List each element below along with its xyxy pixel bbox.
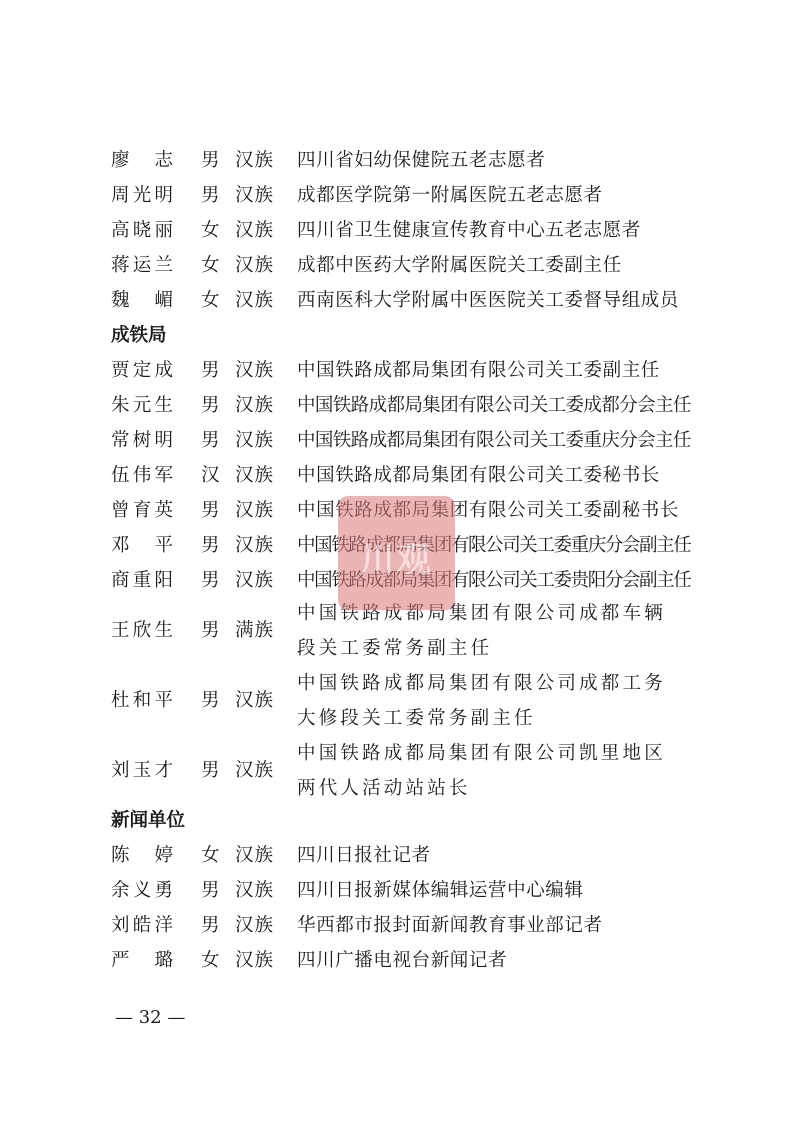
person-name: 伍伟军 [111, 458, 173, 493]
person-name: 刘玉才 [111, 753, 173, 788]
person-name: 商重阳 [111, 563, 173, 598]
gender: 男 [201, 353, 223, 388]
section-heading: 成铁局 [111, 318, 167, 353]
position-title: 中国铁路成都局集团有限公司关工委重庆分会主任 [297, 423, 687, 458]
position-title: 中国铁路成都局集团有限公司成都工务大修段关工委常务副主任 [297, 666, 687, 736]
ethnicity: 汉族 [235, 683, 285, 718]
ethnicity: 汉族 [235, 838, 285, 873]
position-title: 四川日报新媒体编辑运营中心编辑 [297, 873, 687, 908]
ethnicity: 汉族 [235, 143, 285, 178]
gender: 女 [201, 838, 223, 873]
ethnicity: 汉族 [235, 873, 285, 908]
ethnicity: 汉族 [235, 178, 285, 213]
position-title: 四川广播电视台新闻记者 [297, 943, 687, 978]
gender: 男 [201, 753, 223, 788]
person-name: 高晓丽 [111, 213, 173, 248]
person-name: 常树明 [111, 423, 173, 458]
gender: 男 [201, 683, 223, 718]
person-name: 朱元生 [111, 388, 173, 423]
section-heading: 新闻单位 [111, 803, 185, 838]
gender: 男 [201, 423, 223, 458]
person-name: 邓平 [111, 528, 173, 563]
gender: 女 [201, 248, 223, 283]
position-title: 成都医学院第一附属医院五老志愿者 [297, 178, 687, 213]
gender: 男 [201, 528, 223, 563]
position-title: 中国铁路成都局集团有限公司关工委副主任 [297, 353, 687, 388]
ethnicity: 汉族 [235, 493, 285, 528]
position-title: 成都中医药大学附属医院关工委副主任 [297, 248, 687, 283]
gender: 女 [201, 213, 223, 248]
position-title: 中国铁路成都局集团有限公司关工委成都分会主任 [297, 388, 687, 423]
position-title: 华西都市报封面新闻教育事业部记者 [297, 908, 687, 943]
position-title: 四川省卫生健康宣传教育中心五老志愿者 [297, 213, 687, 248]
ethnicity: 汉族 [235, 213, 285, 248]
person-name: 王欣生 [111, 613, 173, 648]
person-name: 刘皓洋 [111, 908, 173, 943]
gender: 女 [201, 283, 223, 318]
position-title: 中国铁路成都局集团有限公司凯里地区两代人活动站站长 [297, 736, 687, 806]
position-title: 中国铁路成都局集团有限公司关工委秘书长 [297, 458, 687, 493]
person-name: 严璐 [111, 943, 173, 978]
gender: 男 [201, 613, 223, 648]
ethnicity: 汉族 [235, 353, 285, 388]
gender: 男 [201, 178, 223, 213]
ethnicity: 汉族 [235, 528, 285, 563]
ethnicity: 汉族 [235, 388, 285, 423]
ethnicity: 汉族 [235, 283, 285, 318]
gender: 男 [201, 873, 223, 908]
person-name: 魏嵋 [111, 283, 173, 318]
ethnicity: 汉族 [235, 943, 285, 978]
person-name: 廖志 [111, 143, 173, 178]
ethnicity: 满族 [235, 613, 285, 648]
watermark-text: 川观 [338, 532, 455, 581]
person-name: 曾育英 [111, 493, 173, 528]
ethnicity: 汉族 [235, 908, 285, 943]
position-title: 西南医科大学附属中医医院关工委督导组成员 [297, 283, 687, 318]
ethnicity: 汉族 [235, 458, 285, 493]
gender: 男 [201, 908, 223, 943]
ethnicity: 汉族 [235, 423, 285, 458]
person-name: 余义勇 [111, 873, 173, 908]
gender: 男 [201, 493, 223, 528]
person-name: 贾定成 [111, 353, 173, 388]
ethnicity: 汉族 [235, 248, 285, 283]
person-name: 周光明 [111, 178, 173, 213]
gender: 男 [201, 388, 223, 423]
watermark-logo: 川观 [338, 496, 455, 610]
gender: 女 [201, 943, 223, 978]
person-name: 杜和平 [111, 683, 173, 718]
ethnicity: 汉族 [235, 563, 285, 598]
person-name: 蒋运兰 [111, 248, 173, 283]
gender: 男 [201, 563, 223, 598]
document-page: 廖志 男 汉族 四川省妇幼保健院五老志愿者 周光明 男 汉族 成都医学院第一附属… [0, 0, 793, 1122]
position-title: 四川日报社记者 [297, 838, 687, 873]
gender: 男 [201, 143, 223, 178]
ethnicity: 汉族 [235, 753, 285, 788]
page-number: — 32 — [115, 1003, 185, 1033]
person-name: 陈婷 [111, 838, 173, 873]
gender: 汉 [201, 458, 223, 493]
position-title: 四川省妇幼保健院五老志愿者 [297, 143, 687, 178]
